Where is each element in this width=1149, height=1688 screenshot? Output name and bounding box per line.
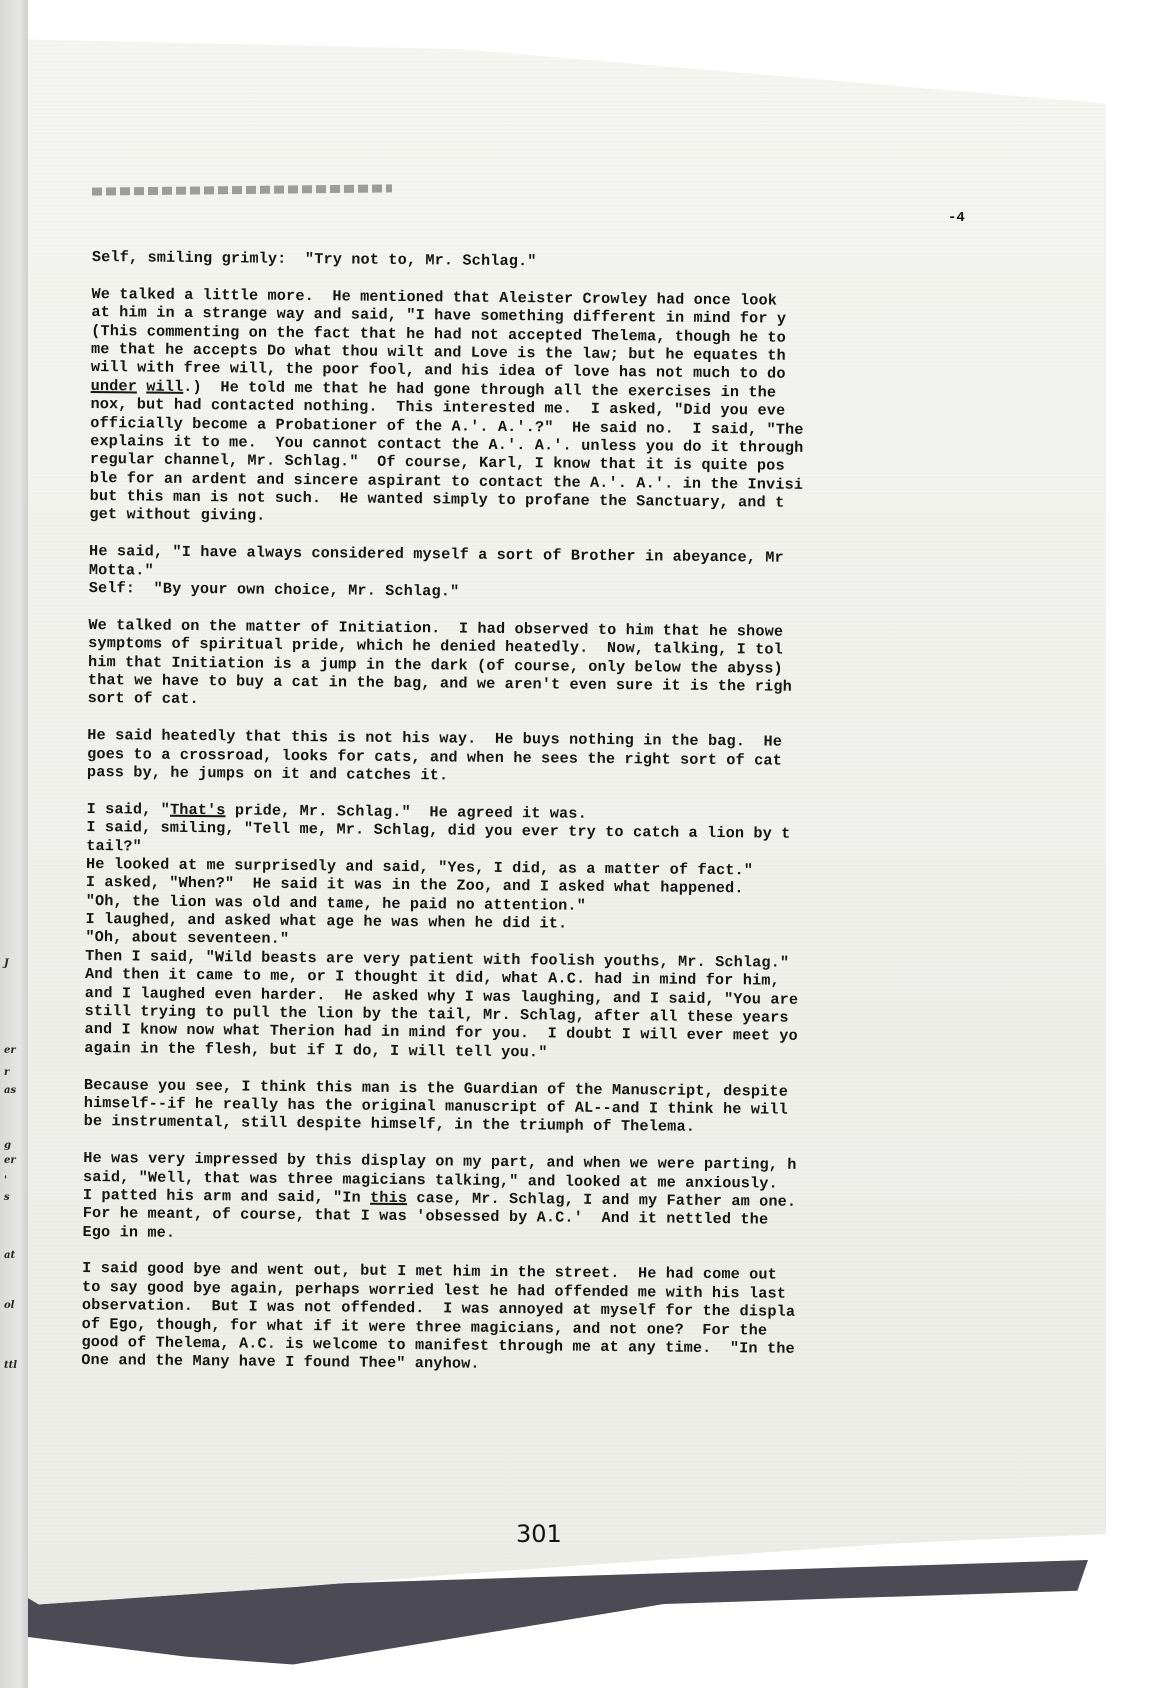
paragraph: I said, "That's pride, Mr. Schlag." He a…	[84, 800, 1016, 1066]
paragraph: Because you see, I think this man is the…	[84, 1076, 1014, 1140]
adjacent-page-text-fragment: J	[4, 958, 9, 969]
adjacent-page-text-fragment: s	[4, 1192, 10, 1203]
adjacent-page-text-fragment: er	[4, 1045, 16, 1056]
paragraph: He said heatedly that this is not his wa…	[87, 726, 1017, 790]
paragraph: I said good bye and went out, but I met …	[81, 1259, 1012, 1378]
paragraph: He was very impressed by this display on…	[82, 1149, 1013, 1250]
adjacent-page-text-fragment: at	[4, 1250, 15, 1261]
adjacent-page-text-fragment: as	[4, 1085, 16, 1096]
adjacent-page-text-fragment: r	[4, 1067, 9, 1078]
adjacent-page-text-fragment: '	[4, 1175, 7, 1186]
paragraph: He said, "I have always considered mysel…	[89, 542, 1019, 606]
adjacent-page-text-fragment: ol	[4, 1300, 14, 1311]
page-number: 301	[516, 1520, 562, 1548]
adjacent-page-text-fragment: ttl	[4, 1360, 17, 1371]
page-marker: -4	[948, 210, 965, 226]
paragraph: We talked on the matter of Initiation. I…	[88, 616, 1019, 717]
adjacent-page-text-fragment: er	[4, 1155, 16, 1166]
adjacent-page-edge	[0, 0, 28, 1688]
document-body: Self, smiling grimly: "Try not to, Mr. S…	[81, 248, 1022, 1397]
adjacent-page-text-fragment: g	[4, 1140, 11, 1151]
paragraph: We talked a little more. He mentioned th…	[89, 285, 1021, 533]
